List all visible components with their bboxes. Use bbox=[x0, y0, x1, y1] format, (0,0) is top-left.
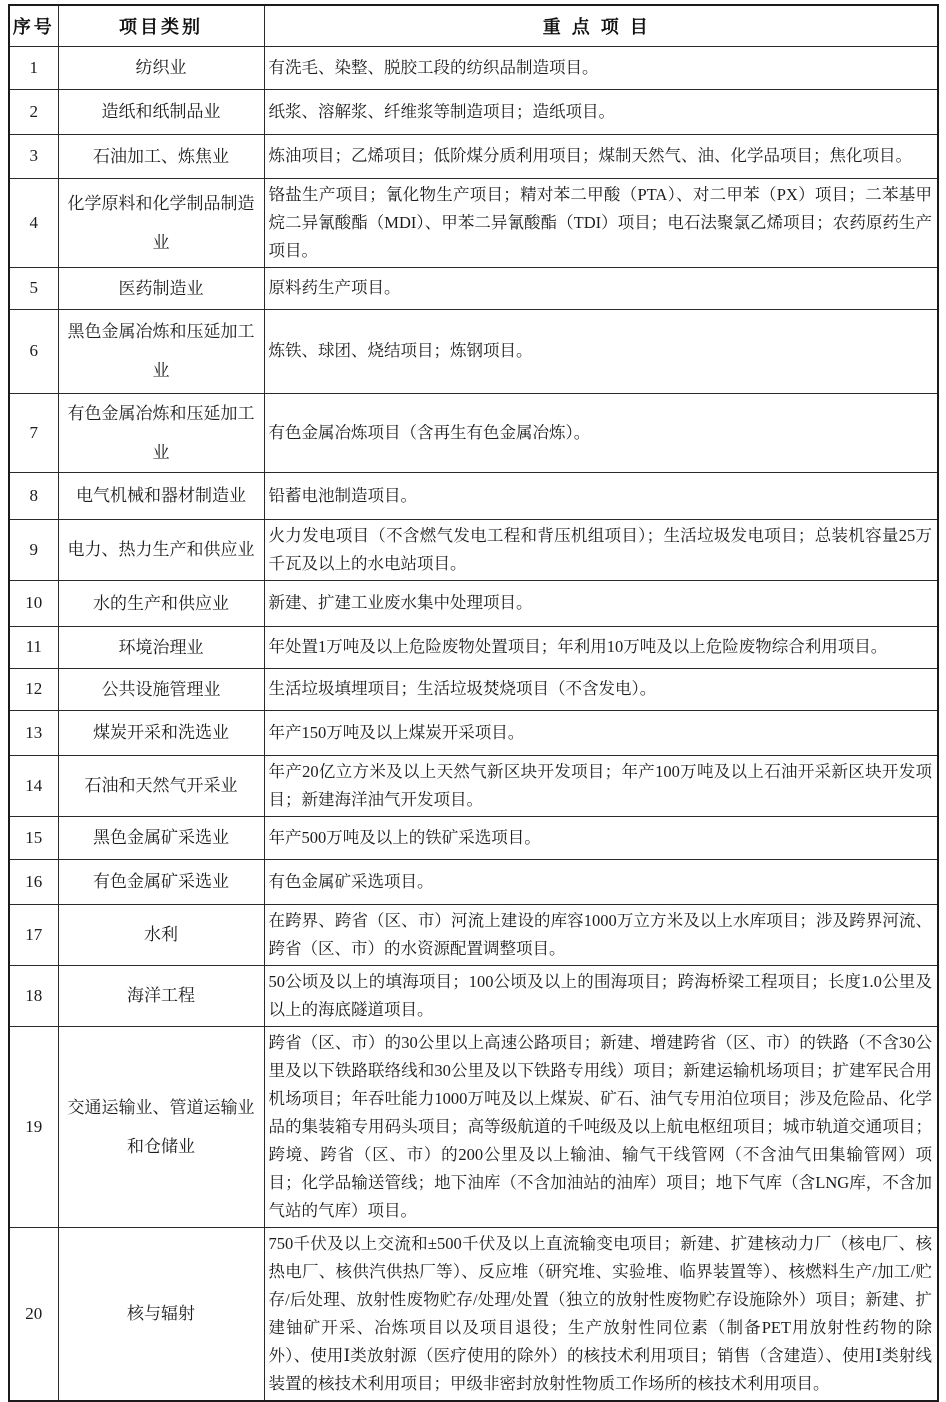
category-cell: 造纸和纸制品业 bbox=[58, 89, 264, 134]
row-number: 14 bbox=[9, 755, 58, 816]
category-cell: 煤炭开采和洗选业 bbox=[58, 710, 264, 755]
projects-cell: 跨省（区、市）的30公里以上高速公路项目；新建、增建跨省（区、市）的铁路（不含3… bbox=[264, 1026, 938, 1227]
category-cell: 有色金属冶炼和压延加工业 bbox=[58, 393, 264, 472]
projects-cell: 铬盐生产项目；氰化物生产项目；精对苯二甲酸（PTA）、对二甲苯（PX）项目；二苯… bbox=[264, 178, 938, 267]
table-row: 19 交通运输业、管道运输业和仓储业 跨省（区、市）的30公里以上高速公路项目；… bbox=[9, 1026, 938, 1227]
table-row: 4 化学原料和化学制品制造业 铬盐生产项目；氰化物生产项目；精对苯二甲酸（PTA… bbox=[9, 178, 938, 267]
projects-cell: 铅蓄电池制造项目。 bbox=[264, 472, 938, 519]
table-row: 12 公共设施管理业 生活垃圾填埋项目；生活垃圾焚烧项目（不含发电）。 bbox=[9, 668, 938, 710]
table-row: 3 石油加工、炼焦业 炼油项目；乙烯项目；低阶煤分质利用项目；煤制天然气、油、化… bbox=[9, 134, 938, 178]
table-row: 9 电力、热力生产和供应业 火力发电项目（不含燃气发电工程和背压机组项目）；生活… bbox=[9, 519, 938, 580]
category-cell: 石油和天然气开采业 bbox=[58, 755, 264, 816]
row-number: 15 bbox=[9, 816, 58, 859]
category-cell: 核与辐射 bbox=[58, 1227, 264, 1401]
category-cell: 公共设施管理业 bbox=[58, 668, 264, 710]
category-cell: 纺织业 bbox=[58, 46, 264, 89]
projects-cell: 年产150万吨及以上煤炭开采项目。 bbox=[264, 710, 938, 755]
projects-cell: 原料药生产项目。 bbox=[264, 267, 938, 309]
row-number: 8 bbox=[9, 472, 58, 519]
row-number: 2 bbox=[9, 89, 58, 134]
row-number: 10 bbox=[9, 580, 58, 626]
row-number: 12 bbox=[9, 668, 58, 710]
table-row: 17 水利 在跨界、跨省（区、市）河流上建设的库容1000万立方米及以上水库项目… bbox=[9, 904, 938, 965]
row-number: 18 bbox=[9, 965, 58, 1026]
category-cell: 电气机械和器材制造业 bbox=[58, 472, 264, 519]
table-row: 7 有色金属冶炼和压延加工业 有色金属冶炼项目（含再生有色金属冶炼）。 bbox=[9, 393, 938, 472]
row-number: 1 bbox=[9, 46, 58, 89]
category-cell: 石油加工、炼焦业 bbox=[58, 134, 264, 178]
table-row: 2 造纸和纸制品业 纸浆、溶解浆、纤维浆等制造项目；造纸项目。 bbox=[9, 89, 938, 134]
category-cell: 黑色金属矿采选业 bbox=[58, 816, 264, 859]
row-number: 4 bbox=[9, 178, 58, 267]
table-row: 14 石油和天然气开采业 年产20亿立方米及以上天然气新区块开发项目；年产100… bbox=[9, 755, 938, 816]
projects-cell: 有色金属冶炼项目（含再生有色金属冶炼）。 bbox=[264, 393, 938, 472]
row-number: 11 bbox=[9, 626, 58, 668]
row-number: 5 bbox=[9, 267, 58, 309]
category-cell: 黑色金属冶炼和压延加工业 bbox=[58, 309, 264, 393]
row-number: 16 bbox=[9, 859, 58, 904]
row-number: 7 bbox=[9, 393, 58, 472]
projects-cell: 50公顷及以上的填海项目；100公顷及以上的围海项目；跨海桥梁工程项目；长度1.… bbox=[264, 965, 938, 1026]
projects-cell: 炼油项目；乙烯项目；低阶煤分质利用项目；煤制天然气、油、化学品项目；焦化项目。 bbox=[264, 134, 938, 178]
row-number: 20 bbox=[9, 1227, 58, 1401]
table-row: 8 电气机械和器材制造业 铅蓄电池制造项目。 bbox=[9, 472, 938, 519]
document-page: 序号 项目类别 重点项目 1 纺织业 有洗毛、染整、脱胶工段的纺织品制造项目。 … bbox=[0, 0, 946, 1334]
category-cell: 环境治理业 bbox=[58, 626, 264, 668]
projects-cell: 年处置1万吨及以上危险废物处置项目；年利用10万吨及以上危险废物综合利用项目。 bbox=[264, 626, 938, 668]
table-row: 11 环境治理业 年处置1万吨及以上危险废物处置项目；年利用10万吨及以上危险废… bbox=[9, 626, 938, 668]
table-row: 1 纺织业 有洗毛、染整、脱胶工段的纺织品制造项目。 bbox=[9, 46, 938, 89]
table-row: 16 有色金属矿采选业 有色金属矿采选项目。 bbox=[9, 859, 938, 904]
category-cell: 水利 bbox=[58, 904, 264, 965]
projects-cell: 新建、扩建工业废水集中处理项目。 bbox=[264, 580, 938, 626]
category-cell: 交通运输业、管道运输业和仓储业 bbox=[58, 1026, 264, 1227]
header-row: 序号 项目类别 重点项目 bbox=[9, 5, 938, 46]
row-number: 13 bbox=[9, 710, 58, 755]
projects-cell: 有洗毛、染整、脱胶工段的纺织品制造项目。 bbox=[264, 46, 938, 89]
header-key-projects: 重点项目 bbox=[264, 5, 938, 46]
projects-cell: 在跨界、跨省（区、市）河流上建设的库容1000万立方米及以上水库项目；涉及跨界河… bbox=[264, 904, 938, 965]
row-number: 6 bbox=[9, 309, 58, 393]
header-category: 项目类别 bbox=[58, 5, 264, 46]
category-cell: 水的生产和供应业 bbox=[58, 580, 264, 626]
projects-cell: 有色金属矿采选项目。 bbox=[264, 859, 938, 904]
projects-cell: 纸浆、溶解浆、纤维浆等制造项目；造纸项目。 bbox=[264, 89, 938, 134]
projects-cell: 炼铁、球团、烧结项目；炼钢项目。 bbox=[264, 309, 938, 393]
row-number: 19 bbox=[9, 1026, 58, 1227]
key-projects-table: 序号 项目类别 重点项目 1 纺织业 有洗毛、染整、脱胶工段的纺织品制造项目。 … bbox=[8, 4, 939, 1402]
projects-cell: 750千伏及以上交流和±500千伏及以上直流输变电项目；新建、扩建核动力厂（核电… bbox=[264, 1227, 938, 1401]
row-number: 9 bbox=[9, 519, 58, 580]
table-row: 10 水的生产和供应业 新建、扩建工业废水集中处理项目。 bbox=[9, 580, 938, 626]
category-cell: 医药制造业 bbox=[58, 267, 264, 309]
table-row: 20 核与辐射 750千伏及以上交流和±500千伏及以上直流输变电项目；新建、扩… bbox=[9, 1227, 938, 1401]
row-number: 3 bbox=[9, 134, 58, 178]
projects-cell: 年产20亿立方米及以上天然气新区块开发项目；年产100万吨及以上石油开采新区块开… bbox=[264, 755, 938, 816]
projects-cell: 生活垃圾填埋项目；生活垃圾焚烧项目（不含发电）。 bbox=[264, 668, 938, 710]
category-cell: 电力、热力生产和供应业 bbox=[58, 519, 264, 580]
table-row: 6 黑色金属冶炼和压延加工业 炼铁、球团、烧结项目；炼钢项目。 bbox=[9, 309, 938, 393]
category-cell: 海洋工程 bbox=[58, 965, 264, 1026]
category-cell: 化学原料和化学制品制造业 bbox=[58, 178, 264, 267]
header-no: 序号 bbox=[9, 5, 58, 46]
table-row: 5 医药制造业 原料药生产项目。 bbox=[9, 267, 938, 309]
projects-cell: 火力发电项目（不含燃气发电工程和背压机组项目）；生活垃圾发电项目；总装机容量25… bbox=[264, 519, 938, 580]
row-number: 17 bbox=[9, 904, 58, 965]
table-row: 18 海洋工程 50公顷及以上的填海项目；100公顷及以上的围海项目；跨海桥梁工… bbox=[9, 965, 938, 1026]
category-cell: 有色金属矿采选业 bbox=[58, 859, 264, 904]
projects-cell: 年产500万吨及以上的铁矿采选项目。 bbox=[264, 816, 938, 859]
table-row: 15 黑色金属矿采选业 年产500万吨及以上的铁矿采选项目。 bbox=[9, 816, 938, 859]
table-row: 13 煤炭开采和洗选业 年产150万吨及以上煤炭开采项目。 bbox=[9, 710, 938, 755]
